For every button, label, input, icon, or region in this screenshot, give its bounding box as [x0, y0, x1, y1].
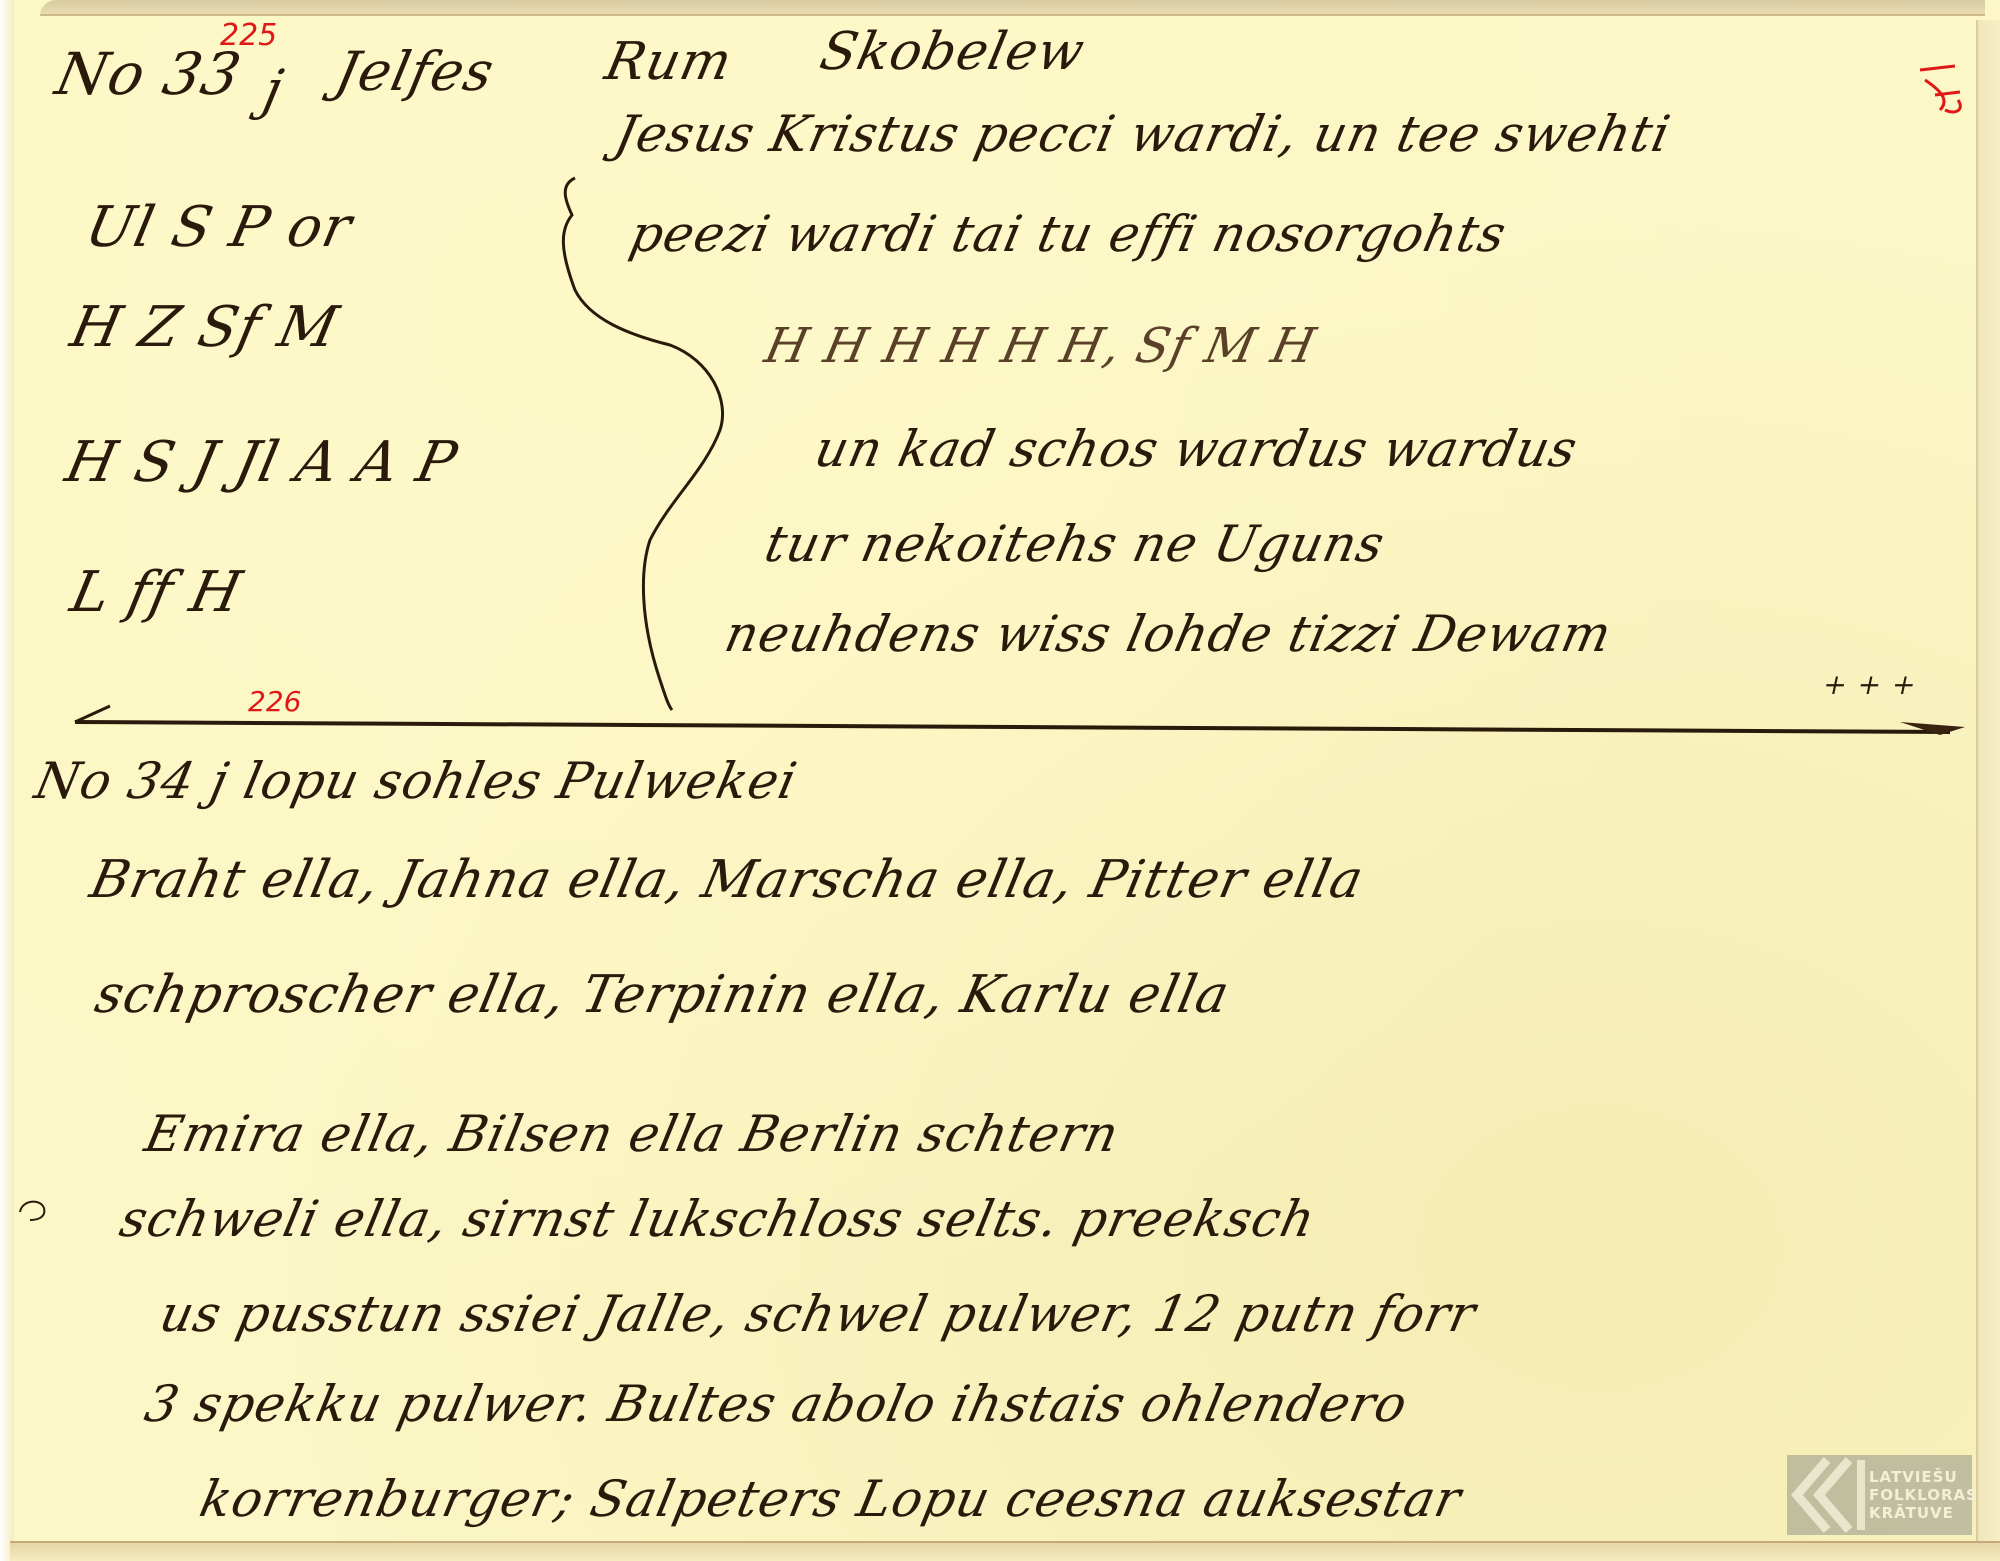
entry-34-line-6: 3 spekku pulwer. Bultes abolo ihstais oh…	[140, 1375, 1413, 1433]
manuscript-page: 225 No 33 j Jelfes Rum Skobelew Jesus Kr…	[0, 0, 2000, 1561]
symbol-row-3: H S J Jl A A P	[60, 430, 463, 495]
entry-33-marker: j	[258, 58, 289, 121]
entry-33-word1: Jelfes	[330, 40, 500, 103]
entry-34-heading: No 34 j lopu sohles Pulwekei	[30, 752, 802, 810]
red-corner-annotation	[1920, 66, 1960, 112]
entry-33-word3: Skobelew	[815, 22, 1090, 82]
entry-33-text-line-2: peezi wardi tai tu effi nosorgohts	[625, 205, 1512, 263]
entry-34-line-3: Emira ella, Bilsen ella Berlin schtern	[140, 1105, 1124, 1163]
paper-bottom-edge	[10, 1541, 2000, 1561]
entry-34-line-5: us pusstun ssiei Jalle, schwel pulwer, 1…	[155, 1285, 1481, 1343]
margin-bracket-mark	[20, 1202, 44, 1220]
paper-left-edge	[0, 0, 14, 1561]
archive-watermark: LATVIEŠU FOLKLORAS KRĀTUVE	[1787, 1455, 1972, 1535]
entry-33-word2: Rum	[600, 32, 738, 92]
entry-34-line-2: schproscher ella, Terpinin ella, Karlu e…	[90, 965, 1235, 1025]
section-divider-line	[75, 722, 1950, 732]
watermark-line-1: LATVIEŠU	[1869, 1468, 1978, 1486]
archive-number-226: 226	[248, 685, 301, 718]
watermark-line-3: KRĀTUVE	[1869, 1504, 1978, 1522]
entry-33-text-line-1: Jesus Kristus pecci wardi, un tee swehti	[610, 105, 1676, 163]
symbol-row-2: H Z Sf M	[65, 295, 344, 360]
entry-33-text-line-6: neuhdens wiss lohde tizzi Dewam	[720, 605, 1617, 663]
symbol-row-1: Ul S P or	[80, 195, 358, 260]
entry-33-text-line-3: H H H H H H, Sf M H	[760, 318, 1321, 374]
crosses-mark: + + +	[1820, 668, 1920, 701]
lfk-logo-icon	[1787, 1455, 1869, 1535]
watermark-line-2: FOLKLORAS	[1869, 1486, 1978, 1504]
paper-right-edge	[1976, 20, 2000, 1561]
entry-34-line-7: korrenburger; Salpeters Lopu ceesna auks…	[195, 1470, 1467, 1528]
paper-top-edge	[40, 0, 1985, 16]
entry-33-number: No 33	[50, 40, 247, 108]
entry-34-line-1: Braht ella, Jahna ella, Marscha ella, Pi…	[85, 850, 1369, 910]
entry-34-line-4: schweli ella, sirnst lukschloss selts. p…	[115, 1190, 1321, 1248]
entry-33-text-line-5: tur nekoitehs ne Uguns	[760, 515, 1390, 573]
entry-33-text-line-4: un kad schos wardus wardus	[810, 420, 1583, 478]
symbol-row-4: L ff H	[65, 560, 248, 625]
